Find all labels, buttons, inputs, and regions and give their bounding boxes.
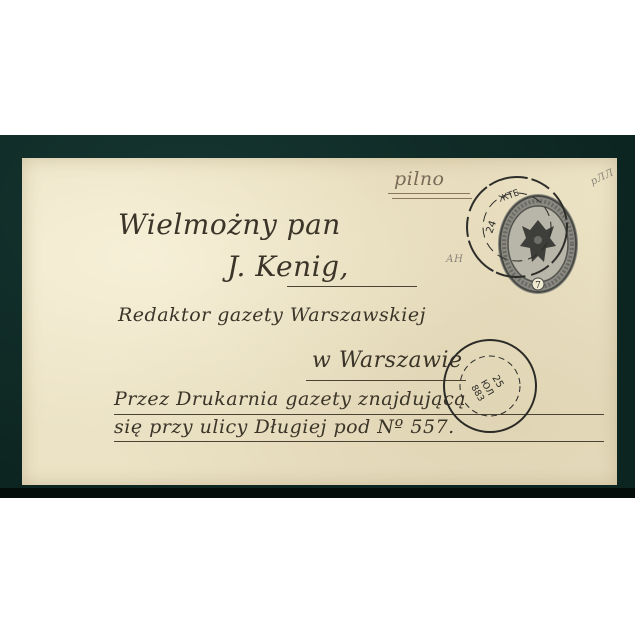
postmark-upper: 24 ЖТЕ [462, 172, 572, 282]
street-underline [114, 441, 604, 442]
pencil-note-corner: pЛЛ [589, 167, 616, 187]
postmark-center: 25 ЮЛ 883 [440, 336, 540, 436]
svg-text:ЖТЕ: ЖТЕ [498, 188, 521, 205]
address-line-street: się przy ulicy Długiej pod Nº 557. [114, 416, 455, 438]
envelope: pilno pЛЛ АН Wielmożny pan J. Kenig, Red… [22, 158, 617, 485]
address-line-salutation: Wielmożny pan [118, 208, 341, 241]
svg-text:7: 7 [535, 281, 541, 291]
address-line-name: J. Kenig, [227, 250, 349, 283]
annotation-pilno: pilno [394, 168, 445, 190]
backdrop-shadow [0, 488, 635, 498]
svg-text:24: 24 [484, 219, 499, 235]
address-line-via: Przez Drukarnia gazety znajdującą [114, 388, 466, 410]
name-underline [287, 286, 417, 287]
address-line-title: Redaktor gazety Warszawskiej [118, 304, 426, 326]
pilno-underline-1 [388, 193, 470, 194]
pilno-underline-2 [392, 198, 472, 199]
pencil-note-mid: АН [446, 254, 463, 265]
